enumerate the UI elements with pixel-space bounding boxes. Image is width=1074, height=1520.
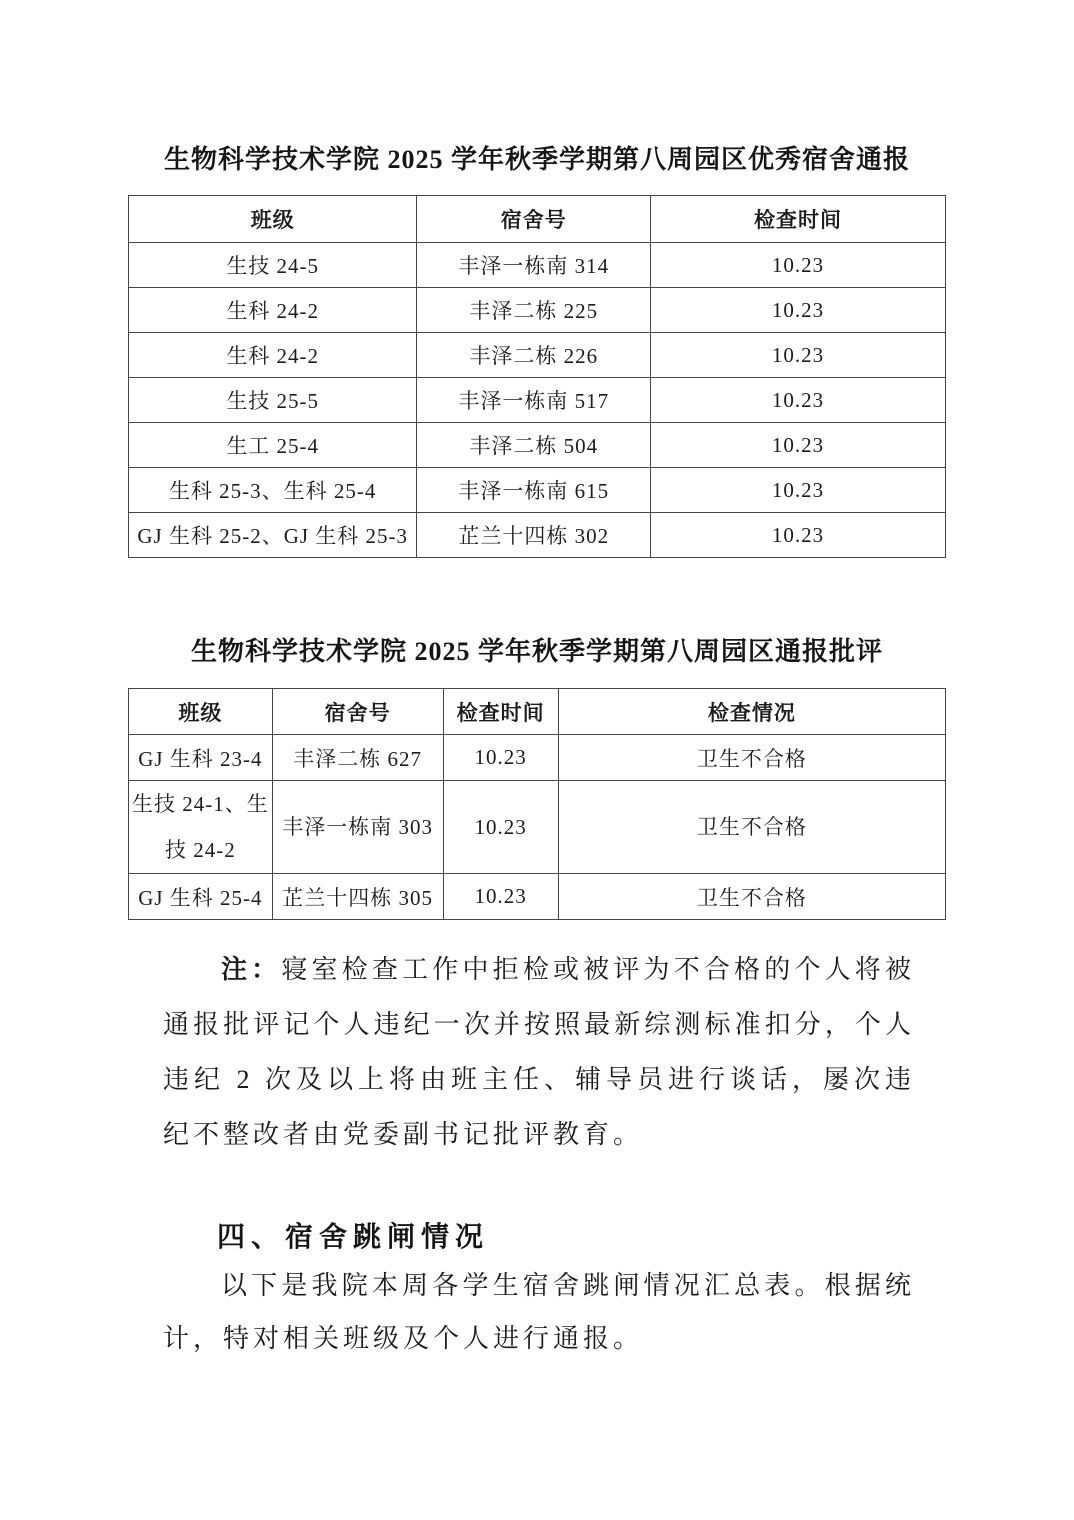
table1-header-row: 班级 宿舍号 检查时间	[129, 196, 946, 243]
cell-inspection-result: 卫生不合格	[558, 874, 945, 920]
cell-inspection-time: 10.23	[651, 378, 946, 423]
table1-header-class: 班级	[129, 196, 417, 243]
table1-header-inspection-time: 检查时间	[651, 196, 946, 243]
cell-inspection-time: 10.23	[651, 333, 946, 378]
cell-inspection-time: 10.23	[443, 781, 558, 874]
cell-class: 生科 24-2	[129, 333, 417, 378]
cell-dorm-number: 芷兰十四栋 305	[272, 874, 443, 920]
excellent-dorm-table: 班级 宿舍号 检查时间 生技 24-5 丰泽一栋南 314 10.23 生科 2…	[128, 195, 946, 558]
cell-class: 生技 24-5	[129, 243, 417, 288]
cell-dorm-number: 丰泽二栋 226	[417, 333, 651, 378]
table-row: 生工 25-4 丰泽二栋 504 10.23	[129, 423, 946, 468]
table2-header-dorm-number: 宿舍号	[272, 689, 443, 735]
table-row: GJ 生科 25-4 芷兰十四栋 305 10.23 卫生不合格	[129, 874, 946, 920]
cell-class: GJ 生科 23-4	[129, 735, 273, 781]
table-row: 生科 25-3、生科 25-4 丰泽一栋南 615 10.23	[129, 468, 946, 513]
cell-inspection-time: 10.23	[443, 735, 558, 781]
cell-inspection-time: 10.23	[651, 243, 946, 288]
table2-header-inspection-time: 检查时间	[443, 689, 558, 735]
table-row: GJ 生科 23-4 丰泽二栋 627 10.23 卫生不合格	[129, 735, 946, 781]
criticism-table: 班级 宿舍号 检查时间 检查情况 GJ 生科 23-4 丰泽二栋 627 10.…	[128, 688, 946, 920]
note-paragraph: 注：寝室检查工作中拒检或被评为不合格的个人将被通报批评记个人违纪一次并按照最新综…	[163, 942, 915, 1162]
cell-class: GJ 生科 25-4	[129, 874, 273, 920]
cell-inspection-time: 10.23	[651, 468, 946, 513]
cell-dorm-number: 丰泽一栋南 314	[417, 243, 651, 288]
cell-dorm-number: 丰泽一栋南 303	[272, 781, 443, 874]
cell-dorm-number: 丰泽二栋 627	[272, 735, 443, 781]
table2-header-inspection-result: 检查情况	[558, 689, 945, 735]
cell-dorm-number: 丰泽二栋 504	[417, 423, 651, 468]
cell-inspection-result: 卫生不合格	[558, 735, 945, 781]
table2-header-row: 班级 宿舍号 检查时间 检查情况	[129, 689, 946, 735]
cell-dorm-number: 丰泽一栋南 615	[417, 468, 651, 513]
cell-dorm-number: 丰泽二栋 225	[417, 288, 651, 333]
cell-class: GJ 生科 25-2、GJ 生科 25-3	[129, 513, 417, 558]
cell-inspection-time: 10.23	[651, 513, 946, 558]
cell-dorm-number: 芷兰十四栋 302	[417, 513, 651, 558]
cell-class: 生技 25-5	[129, 378, 417, 423]
excellent-dorm-table-title: 生物科学技术学院 2025 学年秋季学期第八周园区优秀宿舍通报	[0, 143, 1074, 177]
section-intro-paragraph: 以下是我院本周各学生宿舍跳闸情况汇总表。根据统计，特对相关班级及个人进行通报。	[163, 1259, 915, 1365]
table2-header-class: 班级	[129, 689, 273, 735]
table-row: 生技 25-5 丰泽一栋南 517 10.23	[129, 378, 946, 423]
table-row: 生科 24-2 丰泽二栋 226 10.23	[129, 333, 946, 378]
table1-header-dorm-number: 宿舍号	[417, 196, 651, 243]
document-page: 生物科学技术学院 2025 学年秋季学期第八周园区优秀宿舍通报 班级 宿舍号 检…	[0, 0, 1074, 1520]
table-row: GJ 生科 25-2、GJ 生科 25-3 芷兰十四栋 302 10.23	[129, 513, 946, 558]
cell-dorm-number: 丰泽一栋南 517	[417, 378, 651, 423]
note-label: 注：	[221, 955, 281, 984]
criticism-table-title: 生物科学技术学院 2025 学年秋季学期第八周园区通报批评	[0, 635, 1074, 669]
cell-inspection-result: 卫生不合格	[558, 781, 945, 874]
table-row: 生技 24-1、生技 24-2 丰泽一栋南 303 10.23 卫生不合格	[129, 781, 946, 874]
cell-class: 生工 25-4	[129, 423, 417, 468]
cell-class: 生科 24-2	[129, 288, 417, 333]
cell-inspection-time: 10.23	[651, 288, 946, 333]
cell-class: 生技 24-1、生技 24-2	[129, 781, 273, 874]
note-text: 寝室检查工作中拒检或被评为不合格的个人将被通报批评记个人违纪一次并按照最新综测标…	[163, 955, 915, 1149]
cell-inspection-time: 10.23	[443, 874, 558, 920]
cell-inspection-time: 10.23	[651, 423, 946, 468]
section-heading-dorm-trip: 四、宿舍跳闸情况	[217, 1220, 489, 1254]
table-row: 生技 24-5 丰泽一栋南 314 10.23	[129, 243, 946, 288]
table-row: 生科 24-2 丰泽二栋 225 10.23	[129, 288, 946, 333]
cell-class: 生科 25-3、生科 25-4	[129, 468, 417, 513]
